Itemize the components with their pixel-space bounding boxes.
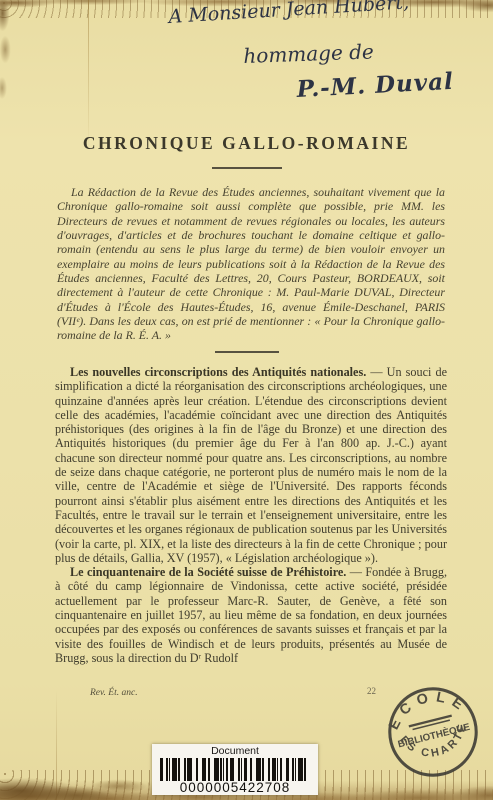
editorial-notice: La Rédaction de la Revue des Études anci… <box>57 185 445 343</box>
paragraph-body: — Un souci de simplification a dicté la … <box>55 365 447 565</box>
title-rule <box>212 167 282 169</box>
paragraph-heading: Les nouvelles circonscriptions des Antiq… <box>70 365 366 379</box>
barcode-number: 0000005422708 <box>180 781 291 795</box>
journal-abbreviation: Rev. Ét. anc. <box>90 688 138 698</box>
paragraph-body: — Fondée à Brugg, à côté du camp légionn… <box>55 565 447 665</box>
handwritten-dedication: A Monsieur Jean Hubert, hommage de P.-M.… <box>0 0 493 115</box>
torn-corner-bottom-left <box>0 754 170 800</box>
section-rule <box>215 351 279 353</box>
barcode-bars <box>160 758 310 781</box>
paragraph-circonscriptions: Les nouvelles circonscriptions des Antiq… <box>55 365 447 565</box>
dedication-signature: P.-M. Duval <box>296 68 454 103</box>
dedication-line-2: hommage de <box>243 39 374 68</box>
dedication-line-1: A Monsieur Jean Hubert, <box>168 0 410 28</box>
page-title: CHRONIQUE GALLO-ROMAINE <box>0 133 493 154</box>
paragraph-cinquantenaire: Le cinquantenaire de la Société suisse d… <box>55 565 447 665</box>
body-text: Les nouvelles circonscriptions des Antiq… <box>55 365 447 665</box>
barcode-sticker: Document 0000005422708 <box>152 744 318 795</box>
paper-crease-bottom <box>56 690 57 800</box>
paragraph-heading: Le cinquantenaire de la Société suisse d… <box>70 565 346 579</box>
barcode-label: Document <box>211 745 259 757</box>
scanned-document-page: A Monsieur Jean Hubert, hommage de P.-M.… <box>0 0 493 800</box>
library-stamp: ECOLE BIBLIOTHÈQUE DES CHARTES <box>372 673 493 791</box>
signature-number: 22 <box>367 686 376 696</box>
